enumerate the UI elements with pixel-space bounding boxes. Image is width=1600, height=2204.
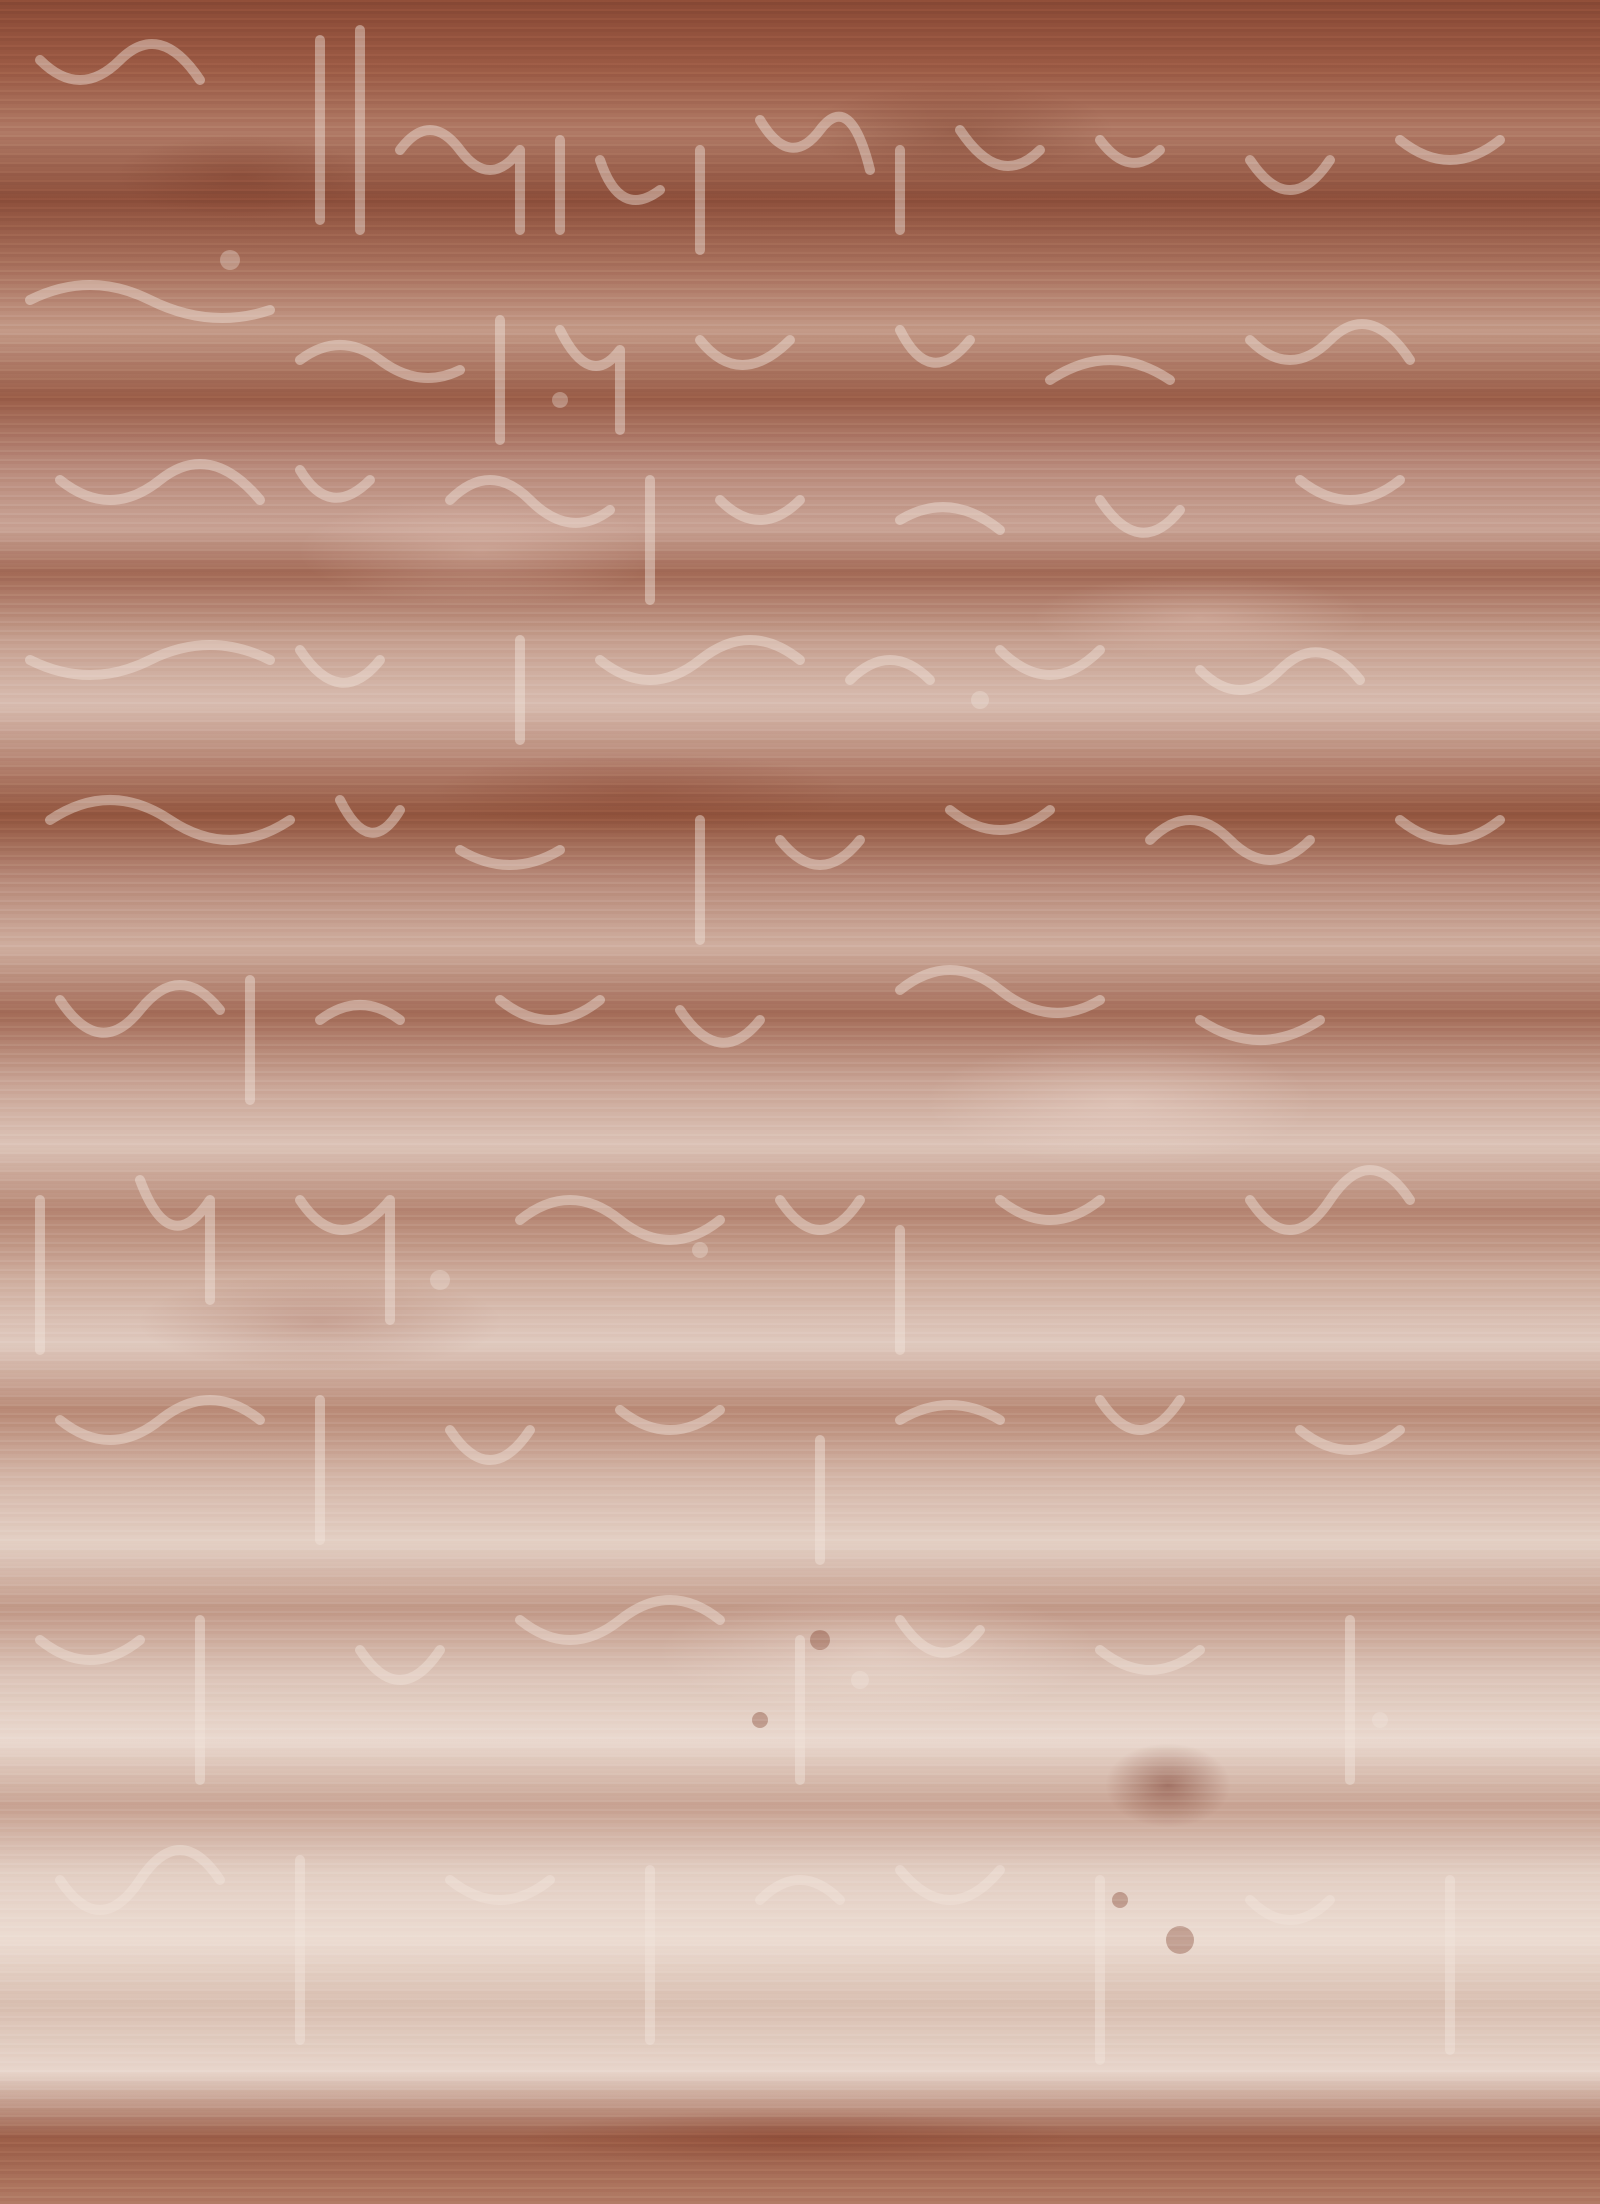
pile-sheen-streaks bbox=[0, 0, 1600, 2204]
rug-photo: Hand-carved rug with abstract embossed m… bbox=[0, 0, 1600, 2204]
